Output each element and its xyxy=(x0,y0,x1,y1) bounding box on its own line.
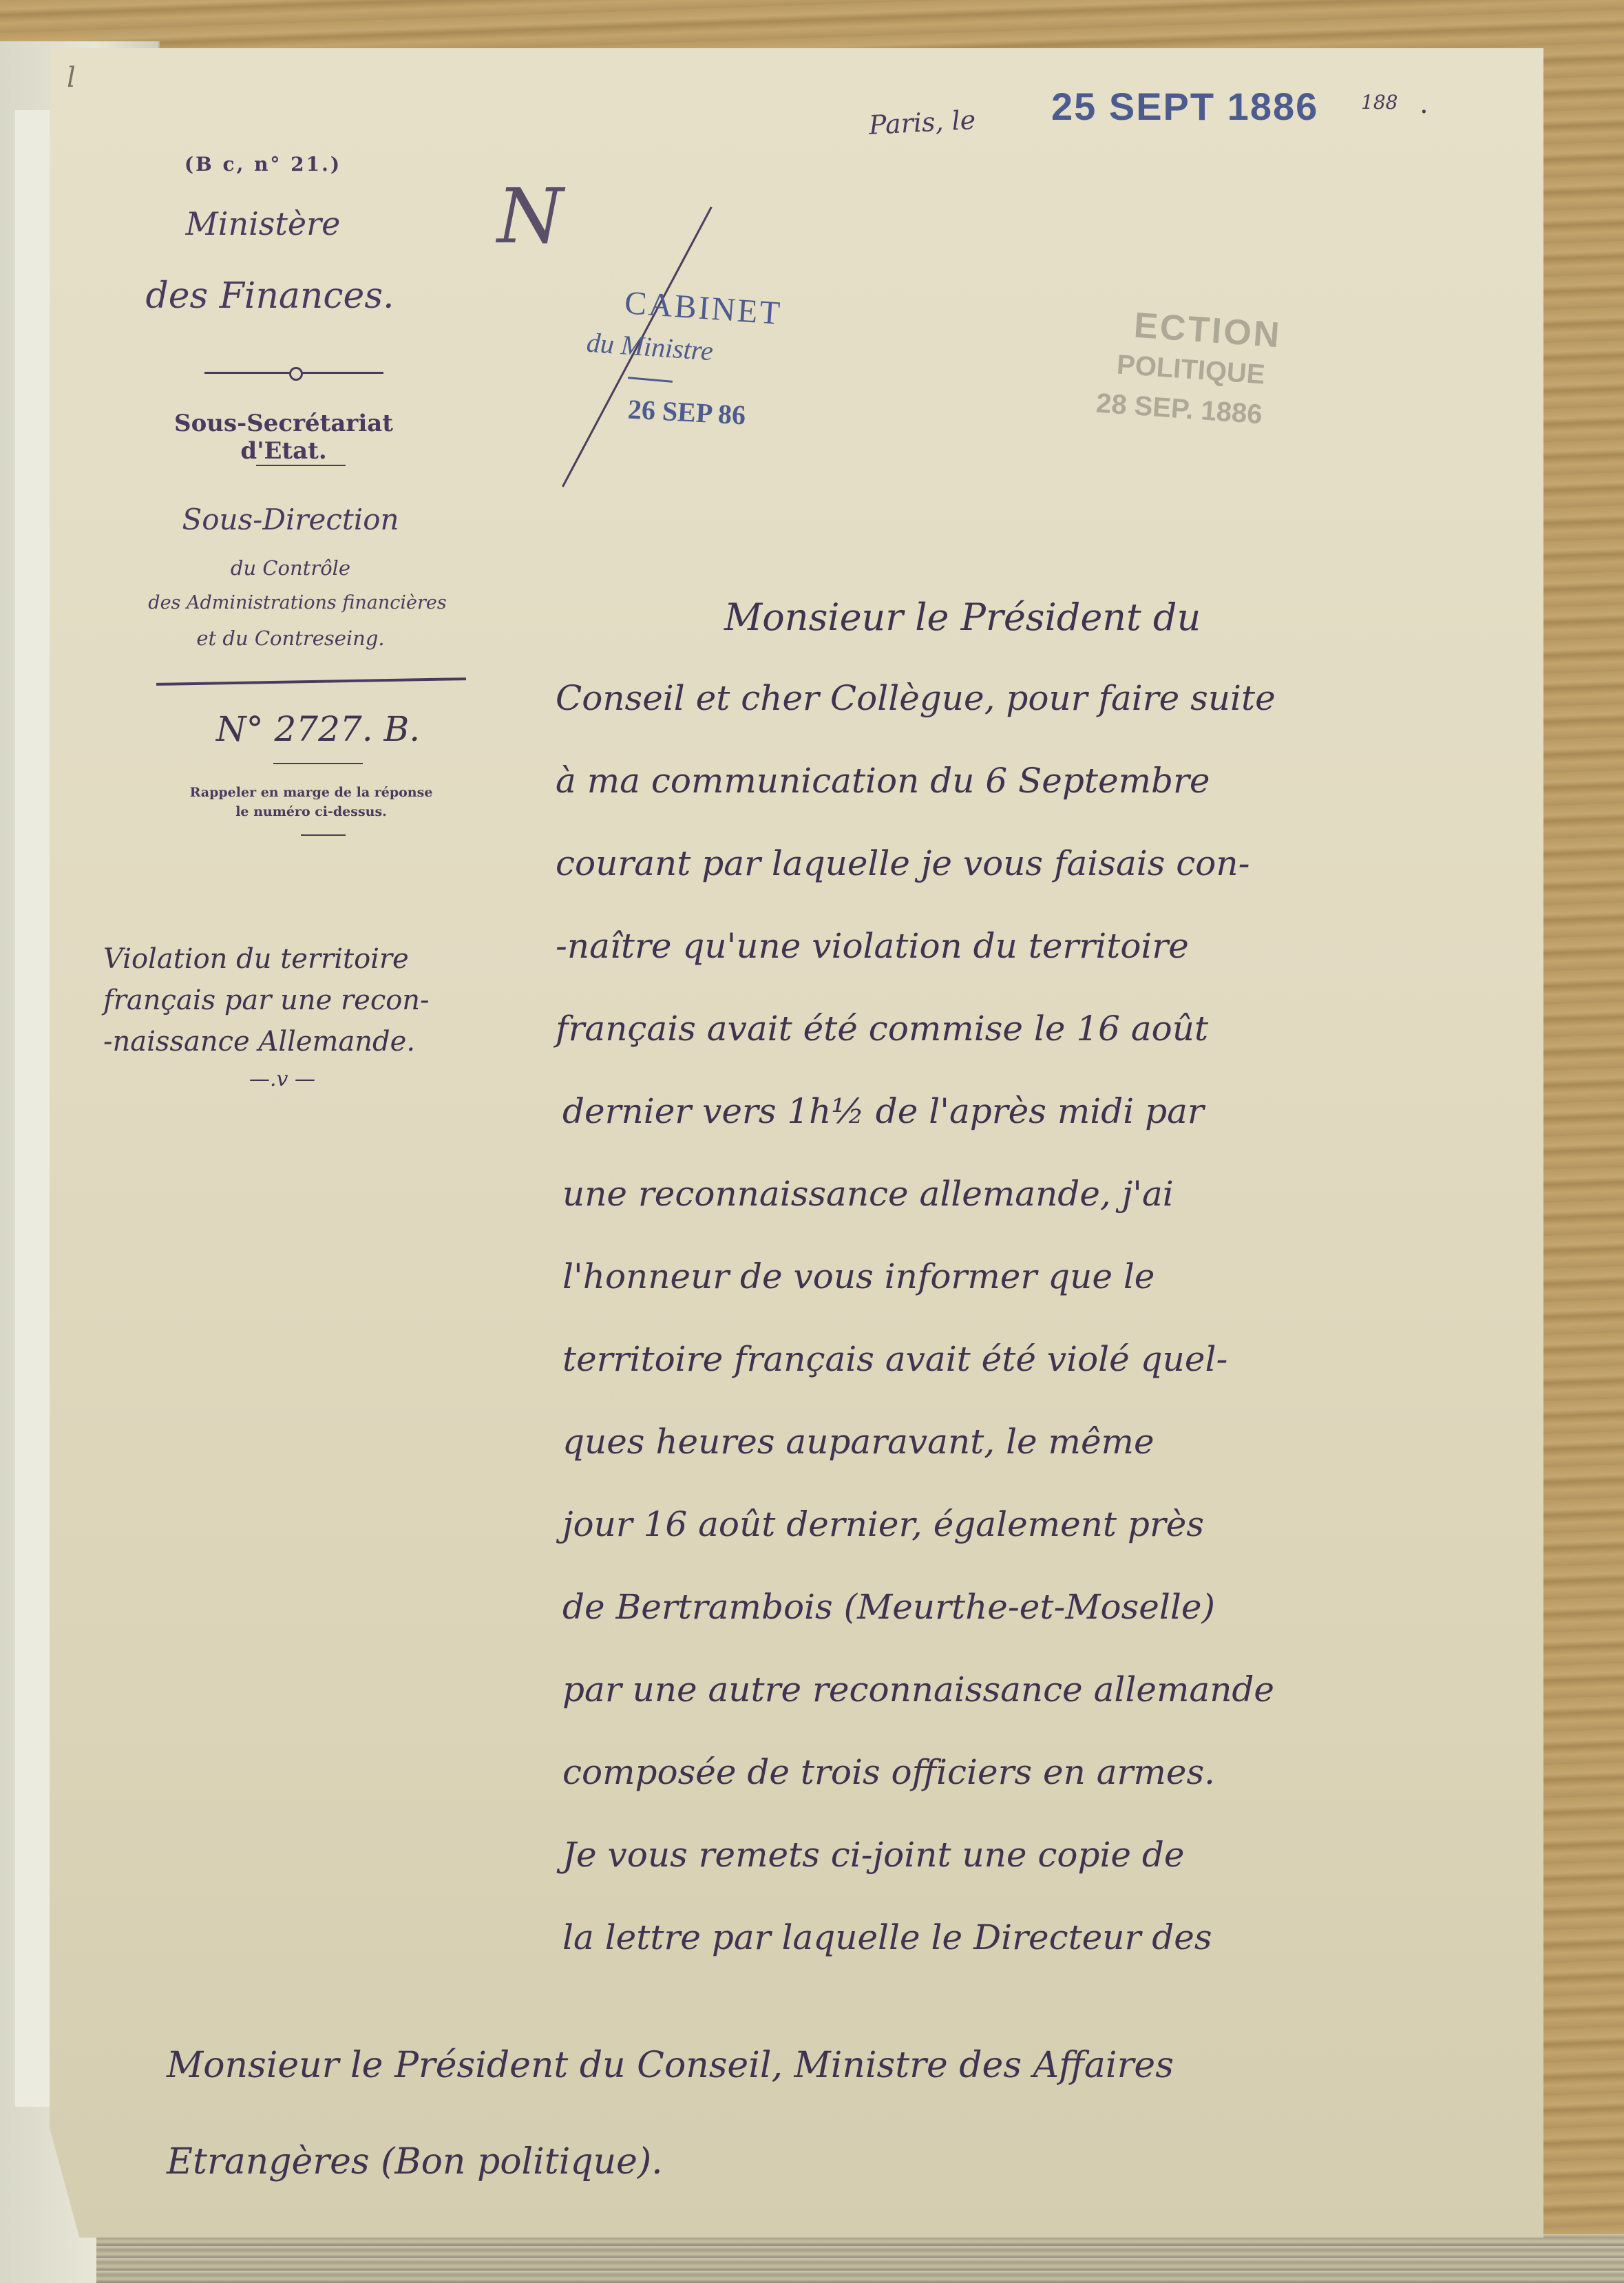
reply-instruction-2: le numéro ci-dessus. xyxy=(173,804,449,819)
body-line: à ma communication du 6 Septembre xyxy=(556,761,1210,801)
margin-note-mark: —.v — xyxy=(249,1067,315,1091)
reference-number: N° 2727. B. xyxy=(173,709,463,749)
form-reference: (B c, n° 21.) xyxy=(173,153,352,176)
place-label: Paris, le xyxy=(868,105,976,140)
stamp-rule xyxy=(628,377,673,383)
date-period: . xyxy=(1420,88,1428,120)
body-line: ques heures auparavant, le même xyxy=(562,1422,1154,1462)
handwritten-initial: N xyxy=(497,172,563,260)
body-line: français avait été commise le 16 août xyxy=(556,1009,1208,1049)
divider xyxy=(301,834,346,836)
body-line: la lettre par laquelle le Directeur des xyxy=(562,1917,1212,1957)
section-stamp-subtitle: POLITIQUE xyxy=(1116,350,1266,391)
divider xyxy=(273,763,363,764)
body-line: une reconnaissance allemande, j'ai xyxy=(562,1174,1174,1214)
swash-divider xyxy=(156,677,466,686)
subdivision-line-1: Sous-Direction xyxy=(146,503,435,536)
subdivision-line-4: et du Contreseing. xyxy=(146,627,435,650)
addressee-line-1: Monsieur le Président du Conseil, Minist… xyxy=(167,2045,1174,2086)
body-line: territoire français avait été violé quel… xyxy=(562,1339,1227,1379)
body-line: par une autre reconnaissance allemande xyxy=(562,1670,1274,1709)
body-line: de Bertrambois (Meurthe-et-Moselle) xyxy=(562,1587,1215,1627)
body-line: Je vous remets ci-joint une copie de xyxy=(562,1835,1185,1875)
printed-year: 188 xyxy=(1361,91,1398,114)
department-title: Sous-Secrétariat d'Etat. xyxy=(132,410,435,465)
margin-note-line-1: Violation du territoire xyxy=(103,943,409,975)
ministry-line-1: Ministère xyxy=(146,205,380,242)
margin-note-line-3: -naissance Allemande. xyxy=(103,1026,415,1058)
body-line: Conseil et cher Collègue, pour faire sui… xyxy=(556,678,1276,718)
reply-instruction-1: Rappeler en marge de la réponse xyxy=(173,785,449,800)
body-line: Monsieur le Président du xyxy=(724,596,1201,639)
date-stamp: 25 SEPT 1886 xyxy=(1051,84,1318,129)
folder-edge xyxy=(15,110,50,2107)
cabinet-stamp-date: 26 SEP 86 xyxy=(627,393,746,432)
section-stamp-title: ECTION xyxy=(1132,305,1283,357)
section-stamp-date: 28 SEP. 1886 xyxy=(1095,388,1263,431)
subdivision-line-2: du Contrôle xyxy=(146,556,435,580)
addressee-line-2: Etrangères (Bon politique). xyxy=(167,2141,663,2182)
body-line: -naître qu'une violation du territoire xyxy=(556,926,1189,966)
letter-page: l (B c, n° 21.) Ministère des Finances. … xyxy=(50,48,1543,2238)
body-line: composée de trois officiers en armes. xyxy=(562,1752,1215,1792)
body-line: jour 16 août dernier, également près xyxy=(562,1504,1204,1544)
body-line: l'honneur de vous informer que le xyxy=(562,1256,1154,1296)
divider-ornament xyxy=(289,367,303,381)
divider xyxy=(256,465,346,466)
cabinet-stamp-subtitle: du Ministre xyxy=(586,326,715,368)
ministry-line-2: des Finances. xyxy=(139,275,401,317)
paper-stack-edge xyxy=(96,2234,1624,2283)
margin-note-line-2: français par une recon- xyxy=(103,985,430,1016)
body-line: courant par laquelle je vous faisais con… xyxy=(556,843,1250,883)
corner-pencil-mark: l xyxy=(67,62,76,94)
subdivision-line-3: des Administrations financières xyxy=(139,592,456,613)
body-line: dernier vers 1h½ de l'après midi par xyxy=(562,1091,1204,1131)
